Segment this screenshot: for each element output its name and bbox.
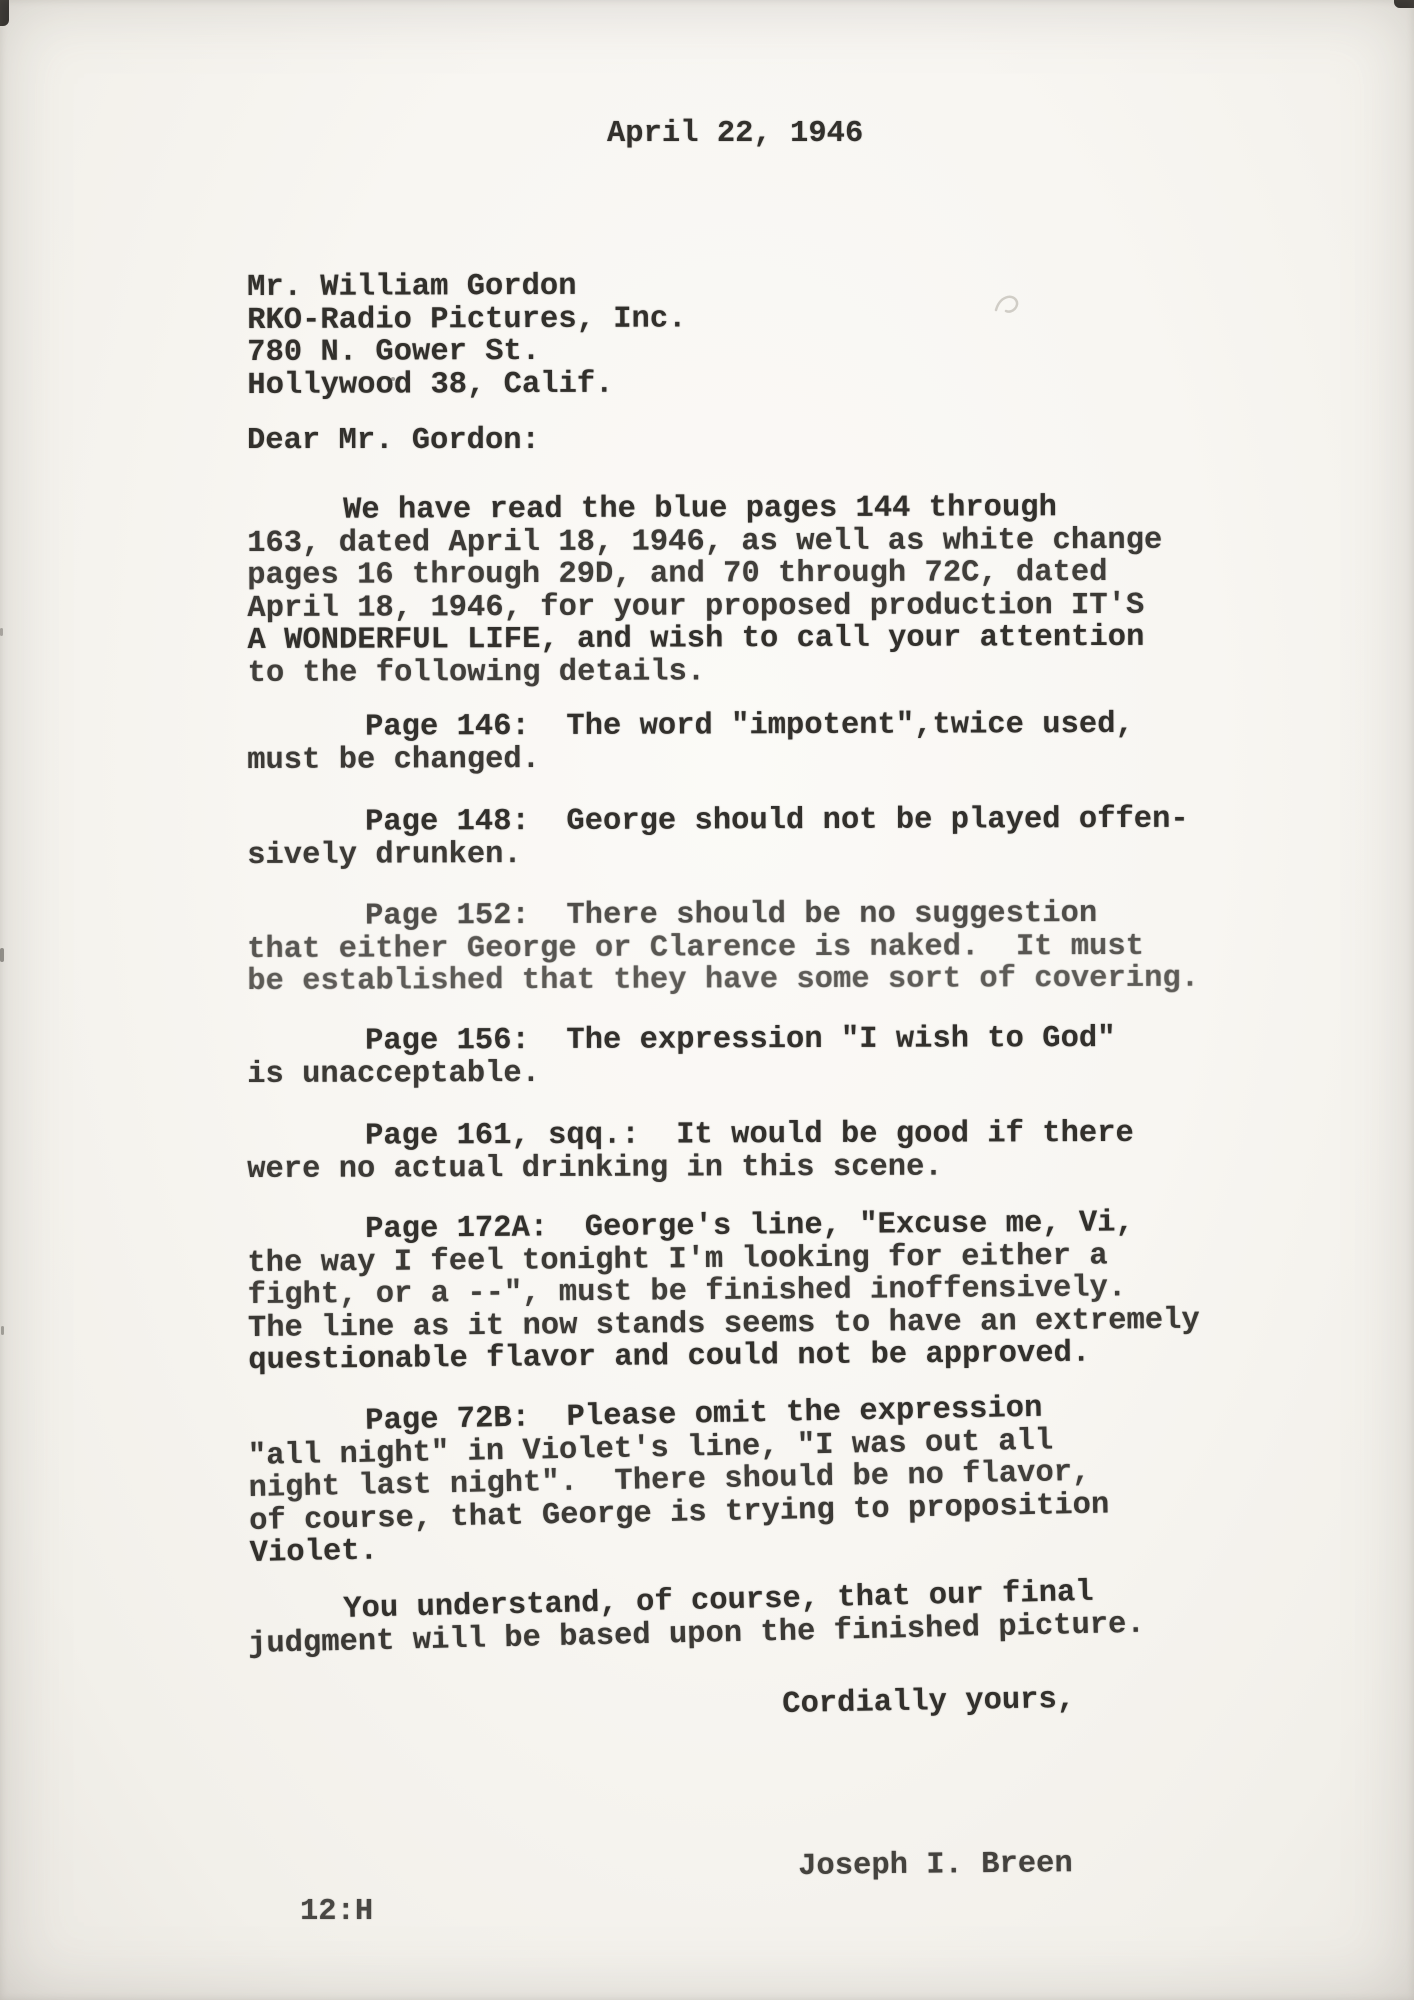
text-line: sively drunken. [247, 836, 1189, 872]
note-page-161: Page 161, sqq.: It would be good if ther… [247, 1118, 1134, 1186]
note-page-152: Page 152: There should be no suggestiont… [247, 898, 1199, 999]
intro-paragraph: We have read the blue pages 144 through1… [247, 492, 1163, 690]
text-line: must be changed. [247, 741, 1134, 777]
text-line: 780 N. Gower St. [247, 335, 686, 369]
text-line: that either George or Clarence is naked.… [247, 930, 1199, 966]
text-line: Mr. William Gordon [247, 270, 686, 304]
text-line: 163, dated April 18, 1946, as well as wh… [247, 524, 1162, 560]
letter-date: April 22, 1946 [607, 118, 863, 151]
text-line: were no actual drinking in this scene. [247, 1150, 1134, 1186]
note-page-72b: Page 72B: Please omit the expression"all… [247, 1391, 1110, 1570]
paper-speck [1, 1326, 4, 1335]
text-line: April 18, 1946, for your proposed produc… [247, 589, 1162, 625]
final-judgment-paragraph: You understand, of course, that our fina… [247, 1576, 1145, 1661]
paper-speck [0, 628, 3, 636]
text-line: pages 16 through 29D, and 70 through 72C… [247, 557, 1162, 593]
scan-corner-mark [1394, 0, 1414, 8]
text-line: to the following details. [248, 654, 1163, 690]
note-page-156: Page 156: The expression "I wish to God"… [247, 1023, 1116, 1091]
text-line: RKO-Radio Pictures, Inc. [247, 303, 686, 337]
text-line: be established that they have some sort … [247, 963, 1199, 999]
text-line: Hollywood 38, Calif. [247, 368, 686, 402]
text-line: A WONDERFUL LIFE, and wish to call your … [247, 622, 1162, 658]
letter-page: April 22, 1946 Mr. William GordonRKO-Rad… [0, 0, 1414, 2000]
note-page-148: Page 148: George should not be played of… [247, 804, 1189, 872]
closing-phrase: Cordially yours, [782, 1684, 1075, 1722]
note-page-172a: Page 172A: George's line, "Excuse me, Vi… [247, 1207, 1200, 1378]
typist-reference: 12:H [300, 1896, 373, 1929]
text-line: is unacceptable. [247, 1055, 1116, 1091]
text-line: Page 148: George should not be played of… [247, 804, 1189, 840]
note-page-146: Page 146: The word "impotent",twice used… [247, 709, 1134, 777]
text-line: Page 152: There should be no suggestion [247, 898, 1199, 934]
paper-speck [0, 948, 4, 962]
text-line: Page 146: The word "impotent",twice used… [247, 709, 1134, 745]
text-line: We have read the blue pages 144 through [247, 492, 1162, 528]
faint-pencil-squiggle [992, 292, 1026, 318]
salutation: Dear Mr. Gordon: [247, 425, 540, 458]
text-line: Page 161, sqq.: It would be good if ther… [247, 1118, 1134, 1154]
signature-name: Joseph I. Breen [798, 1848, 1073, 1883]
recipient-address: Mr. William GordonRKO-Radio Pictures, In… [247, 270, 687, 402]
text-line: Page 156: The expression "I wish to God" [247, 1023, 1116, 1059]
scan-corner-mark [0, 0, 9, 26]
